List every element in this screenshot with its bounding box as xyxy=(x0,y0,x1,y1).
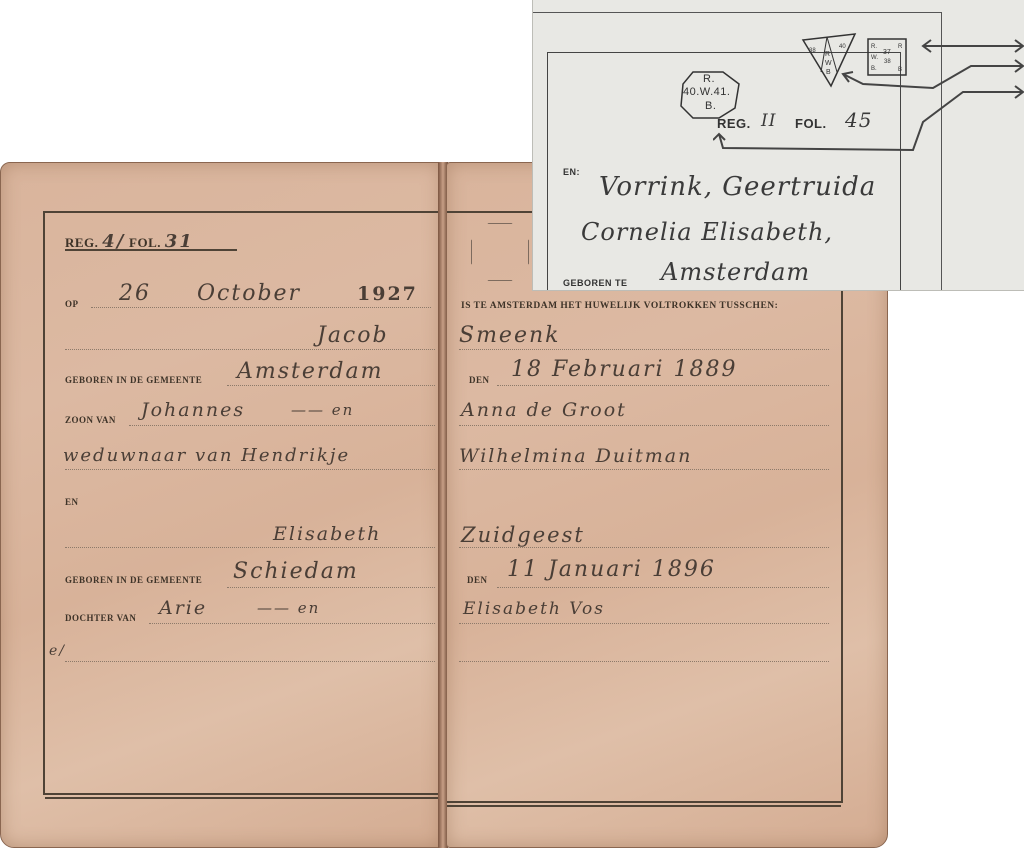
groom-father-suffix: —— en xyxy=(291,401,354,419)
bride-father-suffix: —— en xyxy=(257,599,320,617)
bride-born-label: GEBOREN IN DE GEMEENTE xyxy=(65,575,202,585)
faded-octagon-stamp xyxy=(471,223,529,281)
rule xyxy=(129,425,435,426)
marriage-month: October xyxy=(197,281,301,306)
groom-born-label: GEBOREN IN DE GEMEENTE xyxy=(65,375,202,385)
rule xyxy=(65,547,435,548)
bride-mother: Elisabeth Vos xyxy=(463,599,605,619)
margin-note: e/ xyxy=(49,643,66,659)
rule xyxy=(65,349,435,350)
connector-arrows-icon xyxy=(713,30,1024,160)
groom-surname: Smeenk xyxy=(459,323,560,348)
rule xyxy=(65,661,435,662)
reg-underline xyxy=(65,249,237,251)
groom-mother: Anna de Groot xyxy=(461,399,627,421)
and-label: EN xyxy=(65,497,79,507)
inset-fol-label: FOL. xyxy=(795,116,827,131)
left-page: REG. 4/ FOL. 31 OP 26 October 1927 Jacob… xyxy=(0,162,442,848)
bride-birth-date: 11 Januari 1896 xyxy=(507,557,716,582)
bride-birthplace: Schiedam xyxy=(233,559,359,584)
rule xyxy=(459,547,829,548)
right-header: IS TE AMSTERDAM HET HUWELIJK VOLTROKKEN … xyxy=(461,301,778,311)
daughter-of-label: DOCHTER VAN xyxy=(65,613,136,623)
inset-scan: R. 40.W.41. B. 38 40 R W B R. W. B. 37 3… xyxy=(532,0,1024,291)
inset-name-line2: Cornelia Elisabeth, xyxy=(581,218,833,246)
rule xyxy=(459,469,829,470)
inset-born-value: Amsterdam xyxy=(661,258,810,286)
rule xyxy=(65,469,435,470)
marriage-day: 26 xyxy=(119,281,151,306)
right-page-frame xyxy=(447,211,843,803)
rule xyxy=(459,425,829,426)
rule xyxy=(227,587,435,588)
groom-previous-spouse: Wilhelmina Duitman xyxy=(459,445,692,467)
groom-birth-date: 18 Februari 1889 xyxy=(511,357,738,382)
bride-first-name: Elisabeth xyxy=(273,523,381,545)
rule xyxy=(91,307,431,308)
inset-fol-value: 45 xyxy=(845,108,872,132)
marriage-year: 1927 xyxy=(357,283,418,305)
op-label: OP xyxy=(65,299,79,309)
bride-father: Arie xyxy=(159,597,207,619)
groom-first-name: Jacob xyxy=(317,323,389,348)
rule xyxy=(149,623,435,624)
rule xyxy=(227,385,435,386)
son-of-label: ZOON VAN xyxy=(65,415,116,425)
reg-label: REG. xyxy=(65,235,98,250)
rule xyxy=(497,587,829,588)
inset-reg-label: REG. xyxy=(717,116,751,131)
inset-born-label: GEBOREN TE xyxy=(563,278,628,288)
groom-birthplace: Amsterdam xyxy=(237,359,383,384)
groom-den-label: DEN xyxy=(469,375,490,385)
rule xyxy=(459,349,829,350)
rule xyxy=(459,661,829,662)
inset-en-label: EN: xyxy=(563,167,580,177)
rule xyxy=(459,623,829,624)
inset-reg-value: II xyxy=(761,111,776,131)
groom-status: weduwnaar van Hendrikje xyxy=(63,445,350,466)
inset-name-line1: Vorrink, Geertruida xyxy=(599,172,876,202)
bride-den-label: DEN xyxy=(467,575,488,585)
rule xyxy=(497,385,829,386)
bride-surname: Zuidgeest xyxy=(461,523,585,547)
fol-label: FOL. xyxy=(129,235,161,250)
groom-father: Johannes xyxy=(141,399,245,421)
